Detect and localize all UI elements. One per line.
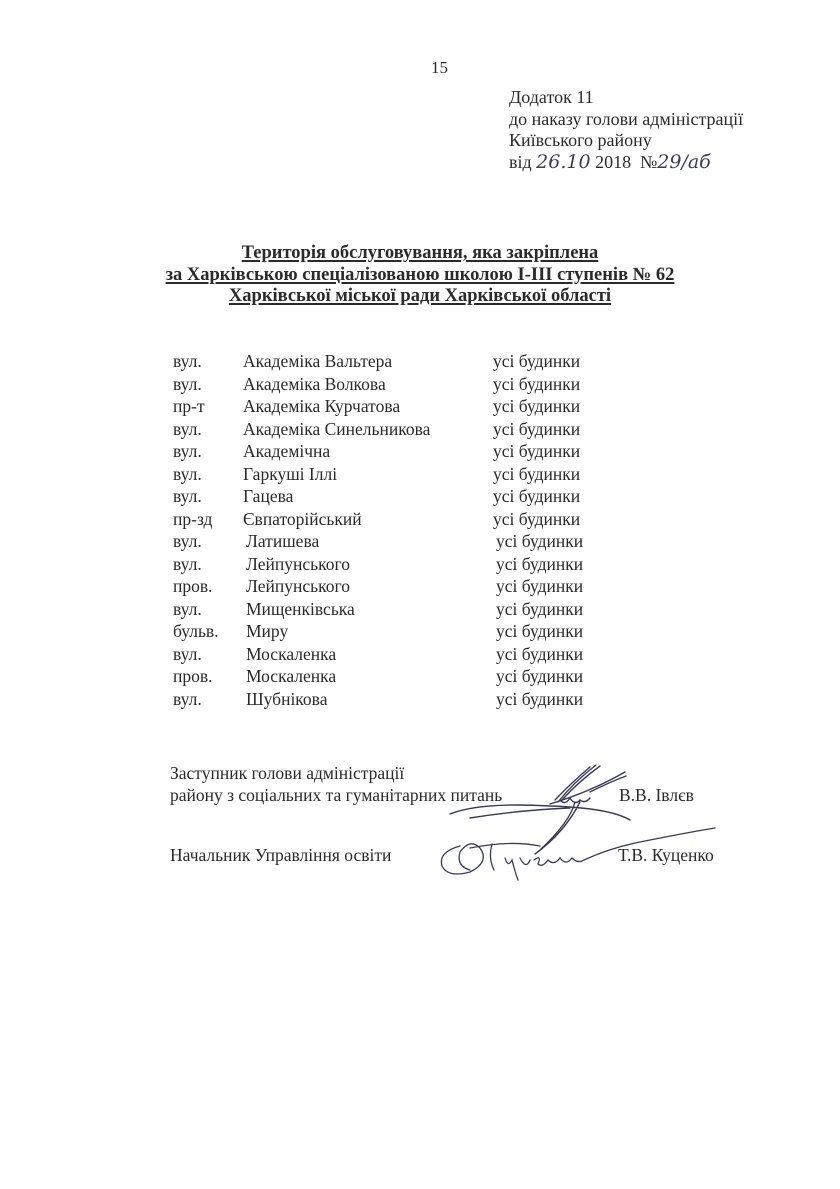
- deputy-position-line-2: району з соціальних та гуманітарних пита…: [170, 784, 502, 806]
- document-title: Територія обслуговування, яка закріплена…: [120, 243, 720, 308]
- street-name: Лейпунського: [246, 553, 350, 576]
- street-name: Гаркуші Іллі: [243, 463, 337, 486]
- street-name: Шубнікова: [246, 688, 327, 711]
- street-houses: усі будинки: [496, 598, 583, 621]
- street-name: Латишева: [246, 530, 319, 553]
- signatures-section: Заступник голови адміністрації району з …: [170, 762, 770, 902]
- street-type: пр-зд: [173, 508, 212, 531]
- street-houses: усі будинки: [496, 665, 583, 688]
- street-houses: усі будинки: [493, 463, 580, 486]
- street-name: Лейпунського: [246, 575, 350, 598]
- addendum-order-ref: до наказу голови адміністрації: [509, 109, 743, 131]
- street-type: пр-т: [173, 395, 205, 418]
- street-name: Мищенківська: [246, 598, 355, 621]
- head-name: Т.В. Куценко: [618, 844, 714, 866]
- street-type: вул.: [173, 373, 202, 396]
- date-prefix: від: [509, 152, 532, 172]
- handwritten-date: 26.10: [536, 151, 590, 173]
- street-name: Москаленка: [246, 643, 336, 666]
- street-name: Академічна: [243, 440, 330, 463]
- deputy-name: В.В. Івлєв: [619, 784, 694, 806]
- street-type: вул.: [173, 485, 202, 508]
- street-name: Академіка Волкова: [243, 373, 386, 396]
- addendum-title: Додаток 11: [509, 87, 743, 109]
- street-houses: усі будинки: [496, 643, 583, 666]
- street-houses: усі будинки: [493, 418, 580, 441]
- addendum-date-line: від 26.10 2018 №29/аб: [509, 152, 743, 174]
- head-position: Начальник Управління освіти: [170, 844, 391, 866]
- street-houses: усі будинки: [496, 530, 583, 553]
- street-type: бульв.: [173, 620, 219, 643]
- addendum-district: Київського району: [509, 130, 743, 152]
- street-houses: усі будинки: [496, 575, 583, 598]
- street-name: Москаленка: [246, 665, 336, 688]
- street-type: пров.: [173, 575, 213, 598]
- page-number: 15: [431, 58, 448, 78]
- street-houses: усі будинки: [493, 485, 580, 508]
- street-type: вул.: [173, 418, 202, 441]
- date-year: 2018: [595, 152, 631, 172]
- street-name: Академіка Синельникова: [243, 418, 430, 441]
- street-type: вул.: [173, 643, 202, 666]
- street-type: вул.: [173, 463, 202, 486]
- street-type: вул.: [173, 350, 202, 373]
- street-houses: усі будинки: [493, 373, 580, 396]
- street-houses: усі будинки: [496, 688, 583, 711]
- street-houses: усі будинки: [493, 508, 580, 531]
- street-type: вул.: [173, 553, 202, 576]
- street-houses: усі будинки: [496, 553, 583, 576]
- deputy-position-line-1: Заступник голови адміністрації: [170, 762, 502, 784]
- street-name: Миру: [246, 620, 288, 643]
- street-houses: усі будинки: [493, 395, 580, 418]
- street-type: вул.: [173, 440, 202, 463]
- street-houses: усі будинки: [493, 440, 580, 463]
- head-signature-block: Начальник Управління освіти: [170, 844, 391, 866]
- street-houses: усі будинки: [496, 620, 583, 643]
- street-type: вул.: [173, 598, 202, 621]
- title-line-1: Територія обслуговування, яка закріплена: [242, 243, 599, 263]
- title-line-2: за Харківською спеціалізованою школою І-…: [166, 265, 675, 285]
- street-name: Академіка Курчатова: [243, 395, 400, 418]
- addendum-header: Додаток 11 до наказу голови адміністраці…: [509, 87, 743, 173]
- handwritten-number: 29/аб: [657, 151, 711, 173]
- street-type: вул.: [173, 688, 202, 711]
- street-name: Академіка Вальтера: [243, 350, 392, 373]
- deputy-signature-block: Заступник голови адміністрації району з …: [170, 762, 502, 806]
- street-houses: усі будинки: [493, 350, 580, 373]
- title-line-3: Харківської міської ради Харківської обл…: [229, 286, 611, 306]
- number-sign: №: [640, 152, 657, 172]
- street-type: пров.: [173, 665, 213, 688]
- street-name: Гацева: [243, 485, 293, 508]
- street-type: вул.: [173, 530, 202, 553]
- street-name: Євпаторійський: [243, 508, 362, 531]
